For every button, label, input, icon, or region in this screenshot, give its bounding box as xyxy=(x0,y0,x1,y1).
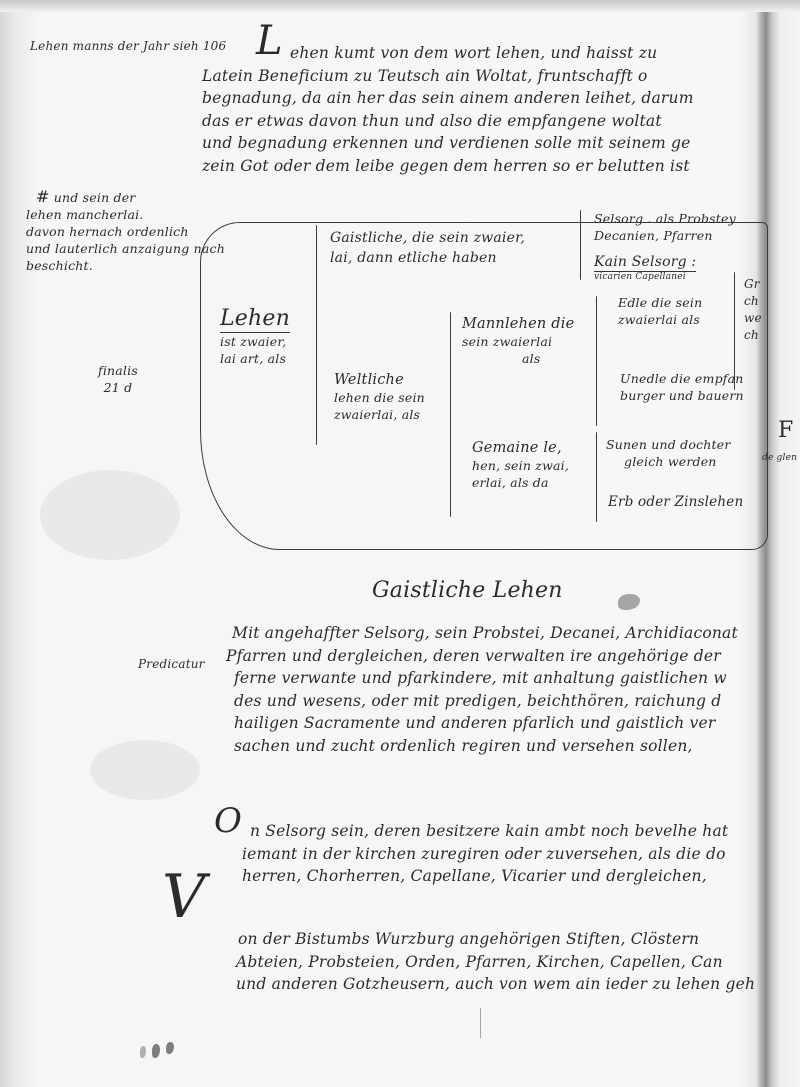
child-line: sein zwaierlai xyxy=(462,333,574,350)
child-line: Erb oder Zinslehen xyxy=(608,494,743,511)
branch-line: lehen die sein xyxy=(334,389,425,406)
footer-ink-blot xyxy=(152,1044,160,1058)
left-margin-reference: finalis 21 d xyxy=(98,362,138,396)
brace-spiritual xyxy=(580,210,581,280)
paragraph-3: V on der Bistumbs Wurzburg angehörigen S… xyxy=(160,928,755,996)
paragraph-line: des und wesens, oder mit predigen, beich… xyxy=(226,690,738,713)
common-child-heirs: Sunen und dochter gleich werden xyxy=(606,436,731,470)
paragraph-1-margin-label: Predicatur xyxy=(138,656,205,673)
margin-note-top: Lehen manns der Jahr sieh 106 xyxy=(30,38,226,55)
ink-blot xyxy=(618,594,640,610)
branch-line: Gaistliche, die sein zwaier, xyxy=(330,228,525,248)
intro-line: ehen kumt von dem wort lehen, und haisst… xyxy=(218,42,694,65)
branch-line: zwaierlai, als xyxy=(334,406,425,423)
paragraph-3-initial: V xyxy=(162,886,206,909)
child-line: Mannlehen die xyxy=(462,316,574,333)
child-line: burger und bauern xyxy=(620,387,744,404)
root-subtitle: ist zwaier, xyxy=(220,333,290,350)
branch-line: Weltliche xyxy=(334,372,425,389)
hash-mark: # xyxy=(36,187,50,206)
paragraph-line: on der Bistumbs Wurzburg angehörigen Sti… xyxy=(160,928,755,951)
paragraph-line: Abteien, Probsteien, Orden, Pfarren, Kir… xyxy=(160,951,755,974)
note-line: lehen mancherlai. xyxy=(26,206,225,223)
intro-line: begnadung, da ain her das sein ainem and… xyxy=(202,87,694,110)
section-heading: Gaistliche Lehen xyxy=(372,578,563,603)
paragraph-line: hailigen Sacramente und anderen pfarlich… xyxy=(226,712,738,735)
root-subtitle: lai art, als xyxy=(220,350,290,367)
paragraph-2-initial: O xyxy=(214,810,242,833)
paragraph-line: und anderen Gotzheusern, auch von wem ai… xyxy=(160,973,755,996)
paragraph-line: ferne verwante und pfarkindere, mit anha… xyxy=(226,667,738,690)
child-line: gleich werden xyxy=(606,453,731,470)
footer-ink-blot xyxy=(166,1042,174,1054)
branch-line: lai, dann etliche haben xyxy=(330,248,525,268)
paragraph-line: Pfarren und dergleichen, deren verwalten… xyxy=(226,645,738,668)
worldly-child-common: Gemaine le, hen, sein zwai, erlai, als d… xyxy=(472,440,569,491)
child-line: Sunen und dochter xyxy=(606,436,731,453)
paragraph-2: O n Selsorg sein, deren besitzere kain a… xyxy=(214,820,728,888)
child-line: vicarien Capellanei xyxy=(594,272,696,282)
child-line: zwaierlai als xyxy=(618,311,702,328)
child-line: Selsorg . als Probstey xyxy=(594,210,736,227)
intro-line: zein Got oder dem leibe gegen dem herren… xyxy=(202,155,694,178)
worldly-child-mannlehen: Mannlehen die sein zwaierlai als xyxy=(462,316,574,367)
ref-line: 21 d xyxy=(98,379,138,396)
paragraph-line: Mit angehaffter Selsorg, sein Probstei, … xyxy=(226,622,738,645)
intro-line: Latein Beneficium zu Teutsch ain Woltat,… xyxy=(202,65,694,88)
intro-line: das er etwas davon thun und also die emp… xyxy=(202,110,694,133)
gutter-text: de glen xyxy=(762,450,797,467)
intro-paragraph: L ehen kumt von dem wort lehen, und hais… xyxy=(218,42,694,177)
left-margin-note: # und sein der lehen mancherlai. davon h… xyxy=(26,188,225,274)
side-line: ch xyxy=(744,293,762,310)
paragraph-1: Mit angehaffter Selsorg, sein Probstei, … xyxy=(226,622,738,757)
spiritual-child-nocure: Kain Selsorg : vicarien Capellanei xyxy=(594,254,696,282)
side-line: we xyxy=(744,310,762,327)
child-line: als xyxy=(462,350,574,367)
side-line: Gr xyxy=(744,276,762,293)
footer-ink-blot xyxy=(140,1046,146,1058)
paper-stain xyxy=(40,470,180,560)
brace-root xyxy=(316,225,317,445)
diagram-root: Lehen ist zwaier, lai art, als xyxy=(220,306,290,367)
paragraph-line: herren, Chorherren, Capellane, Vicarier … xyxy=(214,865,728,888)
child-line: Decanien, Pfarren xyxy=(594,227,736,244)
gutter-mark: F xyxy=(778,418,793,443)
child-line: Unedle die empfan xyxy=(620,370,744,387)
note-line: und lauterlich anzaigung nach xyxy=(26,240,225,257)
brace-mannlehen xyxy=(596,296,597,426)
child-line: hen, sein zwai, xyxy=(472,457,569,474)
side-line: ch xyxy=(744,327,762,344)
branch-spiritual: Gaistliche, die sein zwaier, lai, dann e… xyxy=(330,228,525,268)
root-title: Lehen xyxy=(220,306,290,333)
note-line: beschicht. xyxy=(26,257,225,274)
paper-stain xyxy=(90,740,200,800)
brace-common xyxy=(596,432,597,522)
common-child-rent: Erb oder Zinslehen xyxy=(608,494,743,511)
note-line: davon hernach ordenlich xyxy=(26,223,225,240)
child-line: Kain Selsorg : xyxy=(594,254,696,272)
child-line: Edle die sein xyxy=(618,294,702,311)
intro-initial: L xyxy=(256,30,283,53)
branch-worldly: Weltliche lehen die sein zwaierlai, als xyxy=(334,372,425,423)
intro-line: und begnadung erkennen und verdienen sol… xyxy=(202,132,694,155)
ruling-mark xyxy=(480,1008,481,1038)
spiritual-child-cure: Selsorg . als Probstey Decanien, Pfarren xyxy=(594,210,736,244)
paragraph-line: n Selsorg sein, deren besitzere kain amb… xyxy=(214,820,728,843)
brace-worldly xyxy=(450,312,451,517)
manuscript-page: Lehen manns der Jahr sieh 106 L ehen kum… xyxy=(0,0,800,1087)
ref-line: finalis xyxy=(98,362,138,379)
child-line: erlai, als da xyxy=(472,474,569,491)
mannlehen-child-noble: Edle die sein zwaierlai als xyxy=(618,294,702,328)
page-top-edge xyxy=(0,0,800,12)
note-line: und sein der xyxy=(54,190,136,205)
paragraph-line: sachen und zucht ordenlich regiren und v… xyxy=(226,735,738,758)
child-line: Gemaine le, xyxy=(472,440,569,457)
noble-side-text: Gr ch we ch xyxy=(744,276,762,344)
paragraph-line: iemant in der kirchen zuregiren oder zuv… xyxy=(214,843,728,866)
mannlehen-child-ignoble: Unedle die empfan burger und bauern xyxy=(620,370,744,404)
